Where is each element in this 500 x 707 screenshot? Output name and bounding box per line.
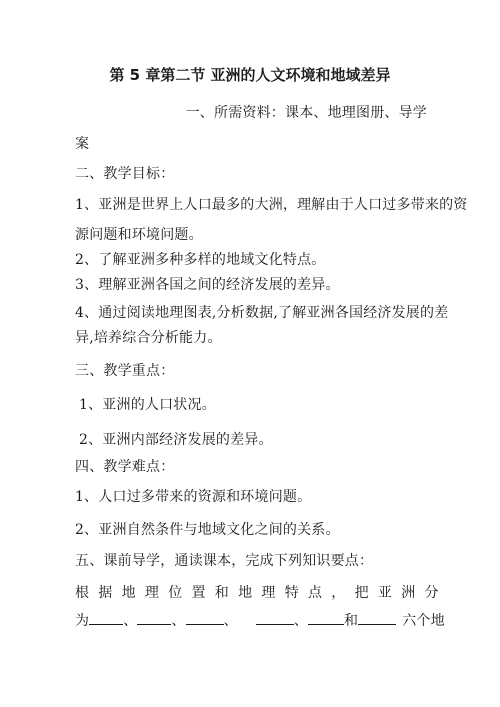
- difficulty-item: 2、亚洲自然条件与地域文化之间的关系。: [75, 521, 427, 539]
- preview-heading: 五、课前导学，通读课本，完成下列知识要点：: [75, 552, 427, 570]
- key-point-item: 2、亚洲内部经济发展的差异。: [79, 431, 431, 449]
- objective-item: 4、通过阅读地理图表,分析数据,了解亚洲各国经济发展的差: [75, 304, 427, 322]
- objective-item: 1、亚洲是世界上人口最多的大洲，理解由于人口过多带来的资: [75, 196, 427, 214]
- fill-blank-2[interactable]: [137, 611, 171, 625]
- separator: 、: [123, 613, 137, 629]
- objective-item: 源问题和环境问题。: [75, 226, 427, 244]
- fill-blank-5[interactable]: [308, 611, 344, 625]
- fill-blank-1[interactable]: [89, 611, 123, 625]
- separator: 、: [294, 613, 308, 629]
- difficulty-item: 1、人口过多带来的资源和环境问题。: [75, 488, 427, 506]
- fill-in-line: 为、、、、和六个地: [75, 611, 427, 630]
- difficulties-heading: 四、教学难点：: [75, 458, 427, 476]
- separator: 、: [171, 613, 185, 629]
- fill-text: 为: [75, 613, 89, 629]
- fill-blank-6[interactable]: [358, 611, 396, 625]
- objectives-heading: 二、教学目标：: [75, 165, 427, 183]
- objective-item: 2、了解亚洲多种多样的地域文化特点。: [75, 251, 427, 269]
- objective-item: 3、理解亚洲各国之间的经济发展的差异。: [75, 276, 427, 294]
- objective-item: 异,培养综合分析能力。: [75, 329, 427, 347]
- materials-line-cont: 案: [75, 135, 427, 153]
- key-point-item: 1、亚洲的人口状况。: [79, 396, 431, 414]
- page-title: 第 5 章第二节 亚洲的人文环境和地域差异: [0, 66, 500, 84]
- fill-blank-3[interactable]: [186, 611, 224, 625]
- preview-text: 根据地理位置和地理特点，把亚洲分: [75, 584, 427, 602]
- separator: 、: [224, 613, 238, 629]
- materials-line: 一、所需资料：课本、地理图册、导学: [75, 104, 427, 122]
- fill-blank-4[interactable]: [256, 611, 294, 625]
- key-points-heading: 三、教学重点：: [75, 362, 427, 380]
- fill-text-end: 六个地: [402, 613, 445, 629]
- and-text: 和: [344, 613, 358, 629]
